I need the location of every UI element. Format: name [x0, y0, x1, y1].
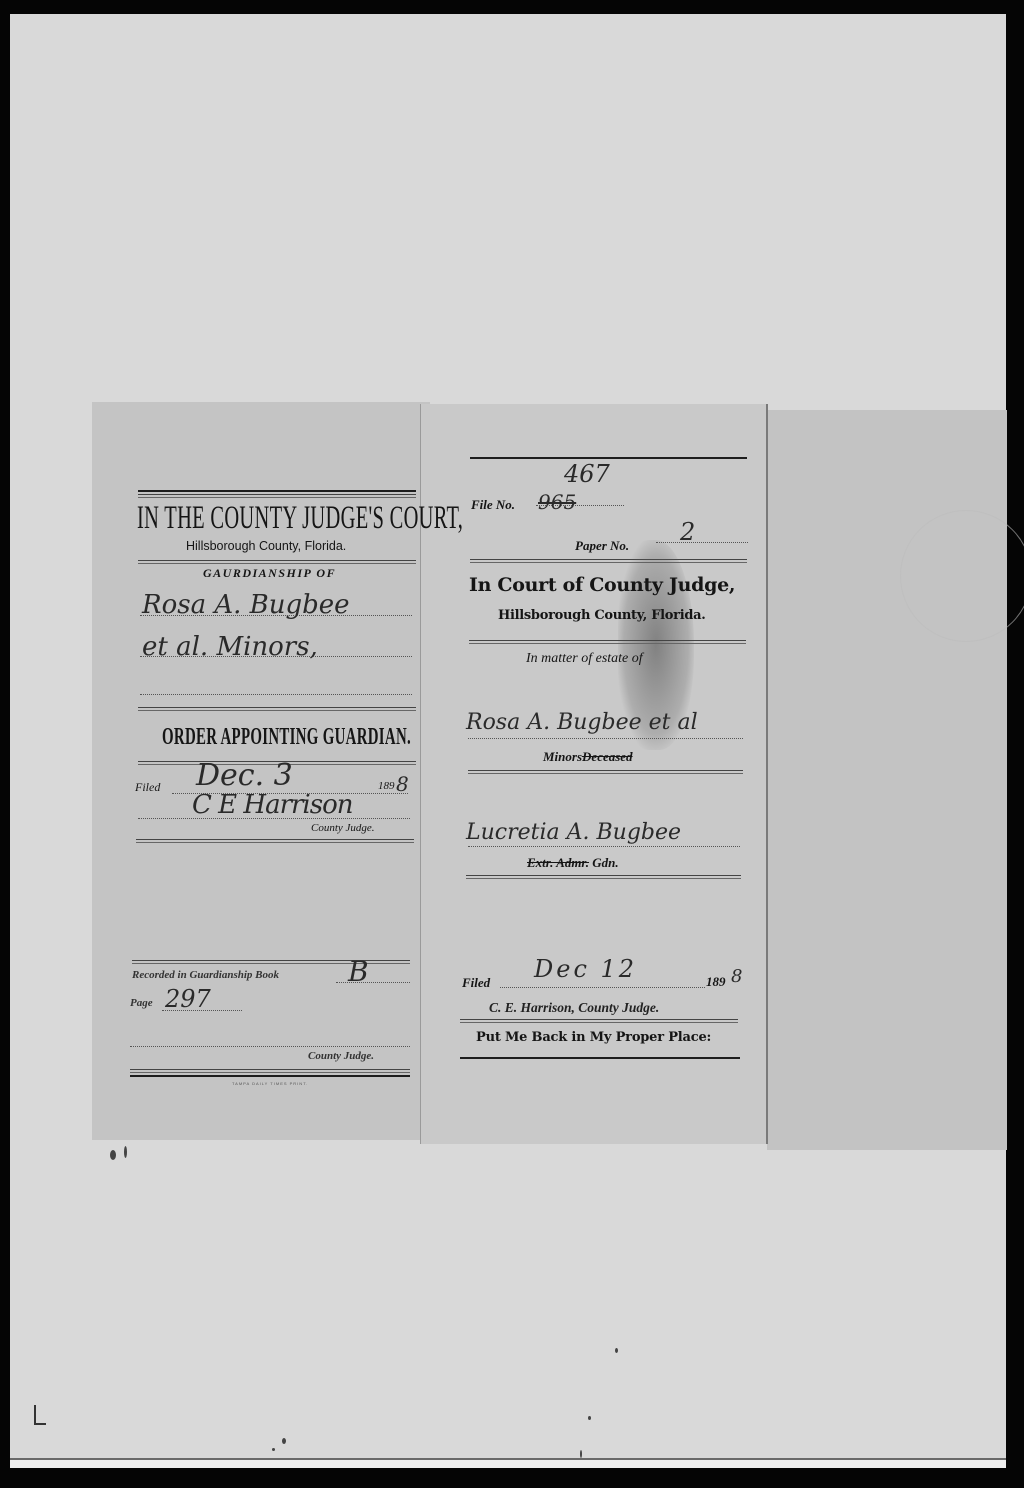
rule [536, 505, 624, 506]
embossed-seal [900, 510, 1024, 642]
rule [138, 560, 416, 561]
rule [140, 656, 412, 657]
rule [500, 987, 705, 988]
rule [468, 846, 740, 847]
rule [460, 1057, 740, 1059]
judge-line: C. E. Harrison, County Judge. [489, 1000, 659, 1016]
guardian-role: Extr. Admr. Gdn. [527, 855, 619, 871]
rule [468, 738, 743, 739]
estate-name: Rosa A. Bugbee et al [466, 710, 698, 735]
filed-year-hand: 8 [731, 966, 742, 987]
dust-speck [615, 1348, 618, 1353]
dust-speck [282, 1438, 286, 1444]
dust-speck [588, 1416, 591, 1420]
rule [138, 818, 410, 819]
judge-signature: C E Harrison [192, 790, 353, 820]
rule [460, 1019, 738, 1020]
status-kept: Minors [543, 749, 582, 764]
county-line: Hillsborough County, Florida. [186, 539, 346, 553]
minor-status: MinorsDeceased [543, 749, 633, 765]
dust-speck [124, 1146, 127, 1158]
rule [336, 982, 410, 983]
court-title: IN THE COUNTY JUDGE'S COURT, [137, 500, 463, 537]
filed-year-printed: 189 [378, 780, 395, 792]
order-title: ORDER APPOINTING GUARDIAN. [162, 724, 411, 751]
county-judge-label: County Judge. [311, 822, 375, 834]
county-judge-label: County Judge. [308, 1050, 374, 1062]
guardianship-label: GAURDIANSHIP OF [203, 566, 336, 581]
rule [130, 1046, 410, 1047]
filed-label: Filed [462, 975, 490, 991]
page-value: 297 [165, 985, 211, 1013]
rule [130, 1069, 410, 1070]
footer-motto: Put Me Back in My Proper Place: [476, 1030, 711, 1045]
rule [136, 839, 414, 840]
rule [469, 640, 746, 641]
rule [162, 1010, 242, 1011]
filed-date: Dec. 3 [196, 758, 293, 793]
file-no-label: File No. [471, 497, 515, 513]
file-no-struck: 965 [538, 490, 576, 514]
recorded-book: B [348, 955, 369, 988]
ward-name-line2: et al. Minors, [142, 632, 318, 662]
dust-speck [272, 1448, 275, 1451]
court-title: In Court of County Judge, [469, 574, 735, 596]
rule [468, 770, 743, 771]
rule [138, 707, 416, 708]
recorded-label: Recorded in Guardianship Book [132, 969, 279, 981]
rule [140, 615, 412, 616]
filed-year-printed: 189 [706, 974, 726, 990]
rule [130, 1075, 410, 1077]
rule [466, 875, 741, 876]
rule [138, 490, 416, 492]
corner-registration-mark [34, 1405, 46, 1425]
guardian-name: Lucretia A. Bugbee [466, 820, 681, 845]
printer-imprint: TAMPA DAILY TIMES PRINT. [232, 1081, 308, 1086]
filed-label: Filed [135, 780, 160, 795]
county-line: Hillsborough County, Florida. [498, 608, 705, 623]
rule [140, 694, 412, 695]
status-struck: Deceased [582, 749, 633, 764]
paper-no-label: Paper No. [575, 538, 629, 554]
matter-label: In matter of estate of [526, 651, 643, 667]
rule [138, 494, 416, 495]
rule [656, 542, 748, 543]
page-label: Page [130, 997, 153, 1009]
file-no-value: 467 [564, 460, 610, 488]
bottom-edge [10, 1458, 1006, 1468]
role-struck: Extr. Admr. [527, 855, 589, 870]
role-kept: Gdn. [592, 855, 618, 870]
rule [470, 457, 747, 459]
dust-speck [110, 1150, 116, 1160]
dust-speck [580, 1450, 582, 1458]
rule [470, 559, 747, 560]
filed-date: Dec 12 [534, 955, 637, 983]
